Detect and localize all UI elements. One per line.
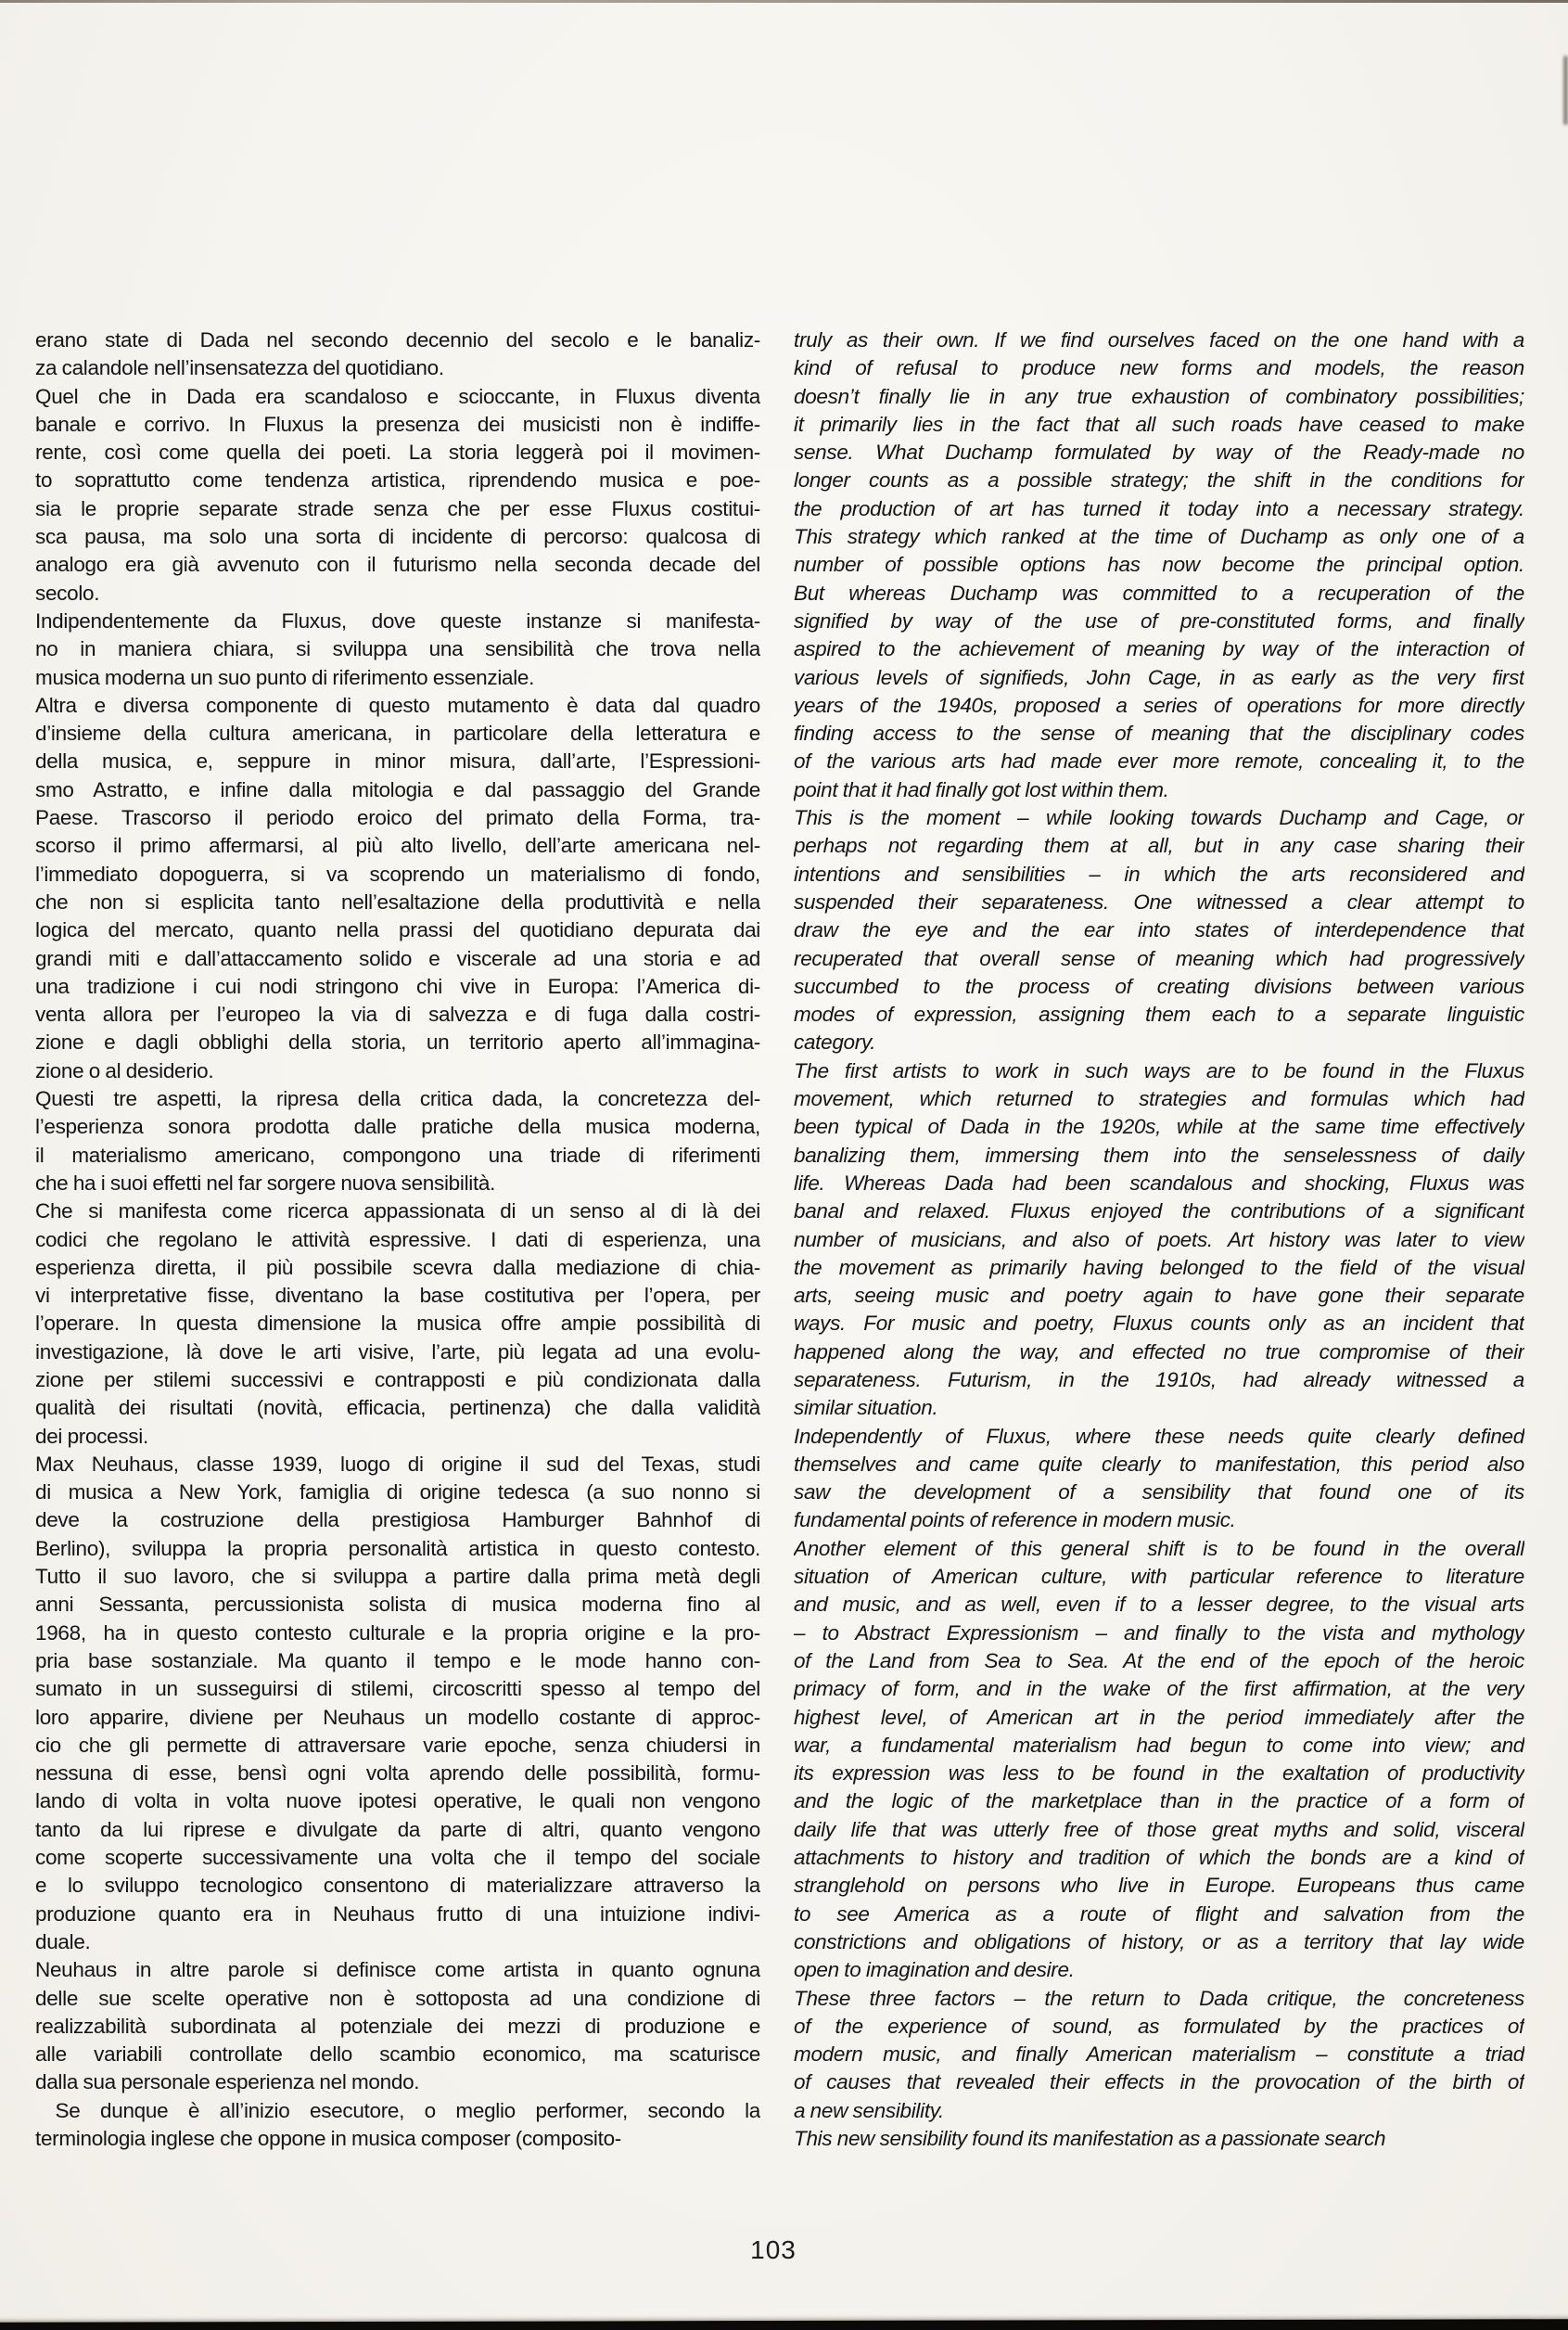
text-line: duale.	[35, 1928, 760, 1956]
text-line: analogo era già avvenuto con il futurism…	[35, 551, 760, 579]
text-line: to see America as a route of flight and …	[794, 1901, 1524, 1928]
text-line: been typical of Dada in the 1920s, while…	[794, 1113, 1524, 1141]
text-line: scorso il primo affermarsi, al più alto …	[35, 832, 760, 860]
text-line: za calandole nell’insensatezza del quoti…	[35, 354, 760, 382]
paragraph: truly as their own. If we find ourselves…	[794, 326, 1524, 804]
text-line: zione o al desiderio.	[35, 1057, 760, 1085]
text-line: e lo sviluppo tecnologico consentono di …	[35, 1872, 760, 1900]
text-line: lando di volta in volta nuove ipotesi op…	[35, 1787, 760, 1815]
paragraph: Independently of Fluxus, where these nee…	[794, 1423, 1524, 1535]
text-line: erano state di Dada nel secondo decennio…	[35, 326, 760, 354]
text-line: qualità dei risultati (novità, efficacia…	[35, 1394, 760, 1422]
paragraph: Indipendentemente da Fluxus, dove queste…	[35, 608, 760, 692]
text-line: But whereas Duchamp was committed to a r…	[794, 580, 1524, 608]
text-line: loro apparire, diviene per Neuhaus un mo…	[35, 1704, 760, 1732]
text-line: logica del mercato, quanto nella prassi …	[35, 916, 760, 944]
text-line: anni Sessanta, percussionista solista di…	[35, 1591, 760, 1619]
text-line: signified by way of the use of pre-const…	[794, 608, 1524, 635]
text-line: category.	[794, 1029, 1524, 1056]
text-line: secolo.	[35, 580, 760, 608]
text-line: una tradizione i cui nodi stringono chi …	[35, 973, 760, 1001]
text-line: nessuna di esse, bensì ogni volta aprend…	[35, 1760, 760, 1787]
text-line: recuperated that overall sense of meanin…	[794, 945, 1524, 973]
text-line: Another element of this general shift is…	[794, 1535, 1524, 1563]
text-line: life. Whereas Dada had been scandalous a…	[794, 1170, 1524, 1197]
text-line: no in maniera chiara, si sviluppa una se…	[35, 635, 760, 663]
paragraph: Another element of this general shift is…	[794, 1535, 1524, 1985]
paragraph: Max Neuhaus, classe 1939, luogo di origi…	[35, 1451, 760, 1956]
text-line: deve la costruzione della prestigiosa Ha…	[35, 1506, 760, 1534]
text-line: cio che gli permette di attraversare var…	[35, 1732, 760, 1760]
text-line: it primarily lies in the fact that all s…	[794, 411, 1524, 439]
text-line: doesn’t finally lie in any true exhausti…	[794, 383, 1524, 411]
text-line: daily life that was utterly free of thos…	[794, 1816, 1524, 1844]
scanned-book-page: erano state di Dada nel secondo decennio…	[0, 0, 1568, 2330]
text-line: l’operare. In questa dimensione la music…	[35, 1310, 760, 1338]
paragraph: Questi tre aspetti, la ripresa della cri…	[35, 1085, 760, 1197]
text-line: themselves and came quite clearly to man…	[794, 1451, 1524, 1479]
scan-top-edge	[0, 0, 1568, 3]
text-line: perhaps not regarding them at all, but i…	[794, 832, 1524, 860]
text-line: Se dunque è all’inizio esecutore, o megl…	[35, 2097, 760, 2125]
text-line: of the experience of sound, as formulate…	[794, 2013, 1524, 2041]
text-line: banale e corrivo. In Fluxus la presenza …	[35, 411, 760, 439]
text-line: ways. For music and poetry, Fluxus count…	[794, 1310, 1524, 1338]
text-line: number of musicians, and also of poets. …	[794, 1226, 1524, 1254]
text-line: The first artists to work in such ways a…	[794, 1057, 1524, 1085]
text-line: various levels of signifieds, John Cage,…	[794, 664, 1524, 692]
text-line: This new sensibility found its manifesta…	[794, 2125, 1524, 2153]
text-line: Neuhaus in altre parole si definisce com…	[35, 1956, 760, 1984]
text-line: dalla sua personale esperienza nel mondo…	[35, 2068, 760, 2096]
text-line: produzione quanto era in Neuhaus frutto …	[35, 1901, 760, 1928]
paragraph: This new sensibility found its manifesta…	[794, 2125, 1524, 2153]
text-line: sense. What Duchamp formulated by way of…	[794, 439, 1524, 467]
text-line: terminologia inglese che oppone in music…	[35, 2125, 760, 2153]
text-line: zione e dagli obblighi della storia, un …	[35, 1029, 760, 1056]
text-line: delle sue scelte operative non è sottopo…	[35, 1985, 760, 2013]
text-line: the production of art has turned it toda…	[794, 495, 1524, 523]
scan-bottom-black-strip	[0, 2319, 1568, 2330]
text-line: number of possible options has now becom…	[794, 551, 1524, 579]
text-line: grandi miti e dall’attaccamento solido e…	[35, 945, 760, 973]
text-line: Che si manifesta come ricerca appassiona…	[35, 1197, 760, 1225]
text-line: the movement as primarily having belonge…	[794, 1254, 1524, 1282]
text-line: similar situation.	[794, 1394, 1524, 1422]
text-line: che ha i suoi effetti nel far sorgere nu…	[35, 1170, 760, 1197]
text-line: alle variabili controllate dello scambio…	[35, 2041, 760, 2068]
paragraph: Quel che in Dada era scandaloso e sciocc…	[35, 383, 760, 608]
text-line: saw the development of a sensibility tha…	[794, 1479, 1524, 1506]
text-line: its expression was less to be found in t…	[794, 1760, 1524, 1787]
paragraph: Se dunque è all’inizio esecutore, o megl…	[35, 2097, 760, 2154]
text-line: sumato in un susseguirsi di stilemi, cir…	[35, 1675, 760, 1703]
text-line: war, a fundamental materialism had begun…	[794, 1732, 1524, 1760]
text-line: come scoperte successivamente una volta …	[35, 1844, 760, 1872]
text-line: banalizing them, immersing them into the…	[794, 1142, 1524, 1170]
text-line: of the various arts had made ever more r…	[794, 748, 1524, 775]
text-line: Quel che in Dada era scandaloso e sciocc…	[35, 383, 760, 411]
text-line: il materialismo americano, compongono un…	[35, 1142, 760, 1170]
text-line: dei processi.	[35, 1423, 760, 1451]
text-line: esperienza diretta, il più possibile sce…	[35, 1254, 760, 1282]
text-line: realizzabilità subordinata al potenziale…	[35, 2013, 760, 2041]
text-line: years of the 1940s, proposed a series of…	[794, 692, 1524, 720]
text-line: investigazione, là dove le arti visive, …	[35, 1338, 760, 1366]
text-line: sia le proprie separate strade senza che…	[35, 495, 760, 523]
text-line: di musica a New York, famiglia di origin…	[35, 1479, 760, 1506]
left-column-italian-text: erano state di Dada nel secondo decennio…	[35, 326, 760, 2153]
text-line: tanto da lui riprese e divulgate da part…	[35, 1816, 760, 1844]
text-line: l’esperienza sonora prodotta dalle prati…	[35, 1113, 760, 1141]
text-line: of causes that revealed their effects in…	[794, 2068, 1524, 2096]
text-line: Altra e diversa componente di questo mut…	[35, 692, 760, 720]
paragraph: Neuhaus in altre parole si definisce com…	[35, 1956, 760, 2096]
text-line: vi interpretative fisse, diventano la ba…	[35, 1282, 760, 1310]
text-line: arts, seeing music and poetry again to h…	[794, 1282, 1524, 1310]
text-line: fundamental points of reference in moder…	[794, 1506, 1524, 1534]
text-line: 1968, ha in questo contesto culturale e …	[35, 1619, 760, 1647]
text-line: attachments to history and tradition of …	[794, 1844, 1524, 1872]
text-line: Questi tre aspetti, la ripresa della cri…	[35, 1085, 760, 1113]
text-line: stranglehold on persons who live in Euro…	[794, 1872, 1524, 1900]
text-line: rente, così come quella dei poeti. La st…	[35, 439, 760, 467]
text-line: modes of expression, assigning them each…	[794, 1001, 1524, 1029]
text-line: and music, and as well, even if to a les…	[794, 1591, 1524, 1619]
text-line: a new sensibility.	[794, 2097, 1524, 2125]
paragraph: Altra e diversa componente di questo mut…	[35, 692, 760, 1085]
scan-right-edge-smudge	[1563, 56, 1568, 125]
text-line: che non si esplicita tanto nell’esaltazi…	[35, 889, 760, 916]
text-line: musica moderna un suo punto di riferimen…	[35, 664, 760, 692]
text-line: This strategy which ranked at the time o…	[794, 523, 1524, 551]
right-column-english-italic-text: truly as their own. If we find ourselves…	[794, 326, 1524, 2153]
text-line: longer counts as a possible strategy; th…	[794, 467, 1524, 494]
text-line: highest level, of American art in the pe…	[794, 1704, 1524, 1732]
text-line: aspired to the achievement of meaning by…	[794, 635, 1524, 663]
paragraph: The first artists to work in such ways a…	[794, 1057, 1524, 1423]
text-line: kind of refusal to produce new forms and…	[794, 354, 1524, 382]
text-line: sca pausa, ma solo una sorta di incident…	[35, 523, 760, 551]
text-line: suspended their separateness. One witnes…	[794, 889, 1524, 916]
text-line: codici che regolano le attività espressi…	[35, 1226, 760, 1254]
text-line: constrictions and obligations of history…	[794, 1928, 1524, 1956]
text-line: pria base sostanziale. Ma quanto il temp…	[35, 1647, 760, 1675]
text-line: to soprattutto come tendenza artistica, …	[35, 467, 760, 494]
text-line: Indipendentemente da Fluxus, dove queste…	[35, 608, 760, 635]
text-line: draw the eye and the ear into states of …	[794, 916, 1524, 944]
text-line: open to imagination and desire.	[794, 1956, 1524, 1984]
paragraph: These three factors – the return to Dada…	[794, 1985, 1524, 2125]
paragraph: This is the moment – while looking towar…	[794, 804, 1524, 1057]
text-line: Paese. Trascorso il periodo eroico del p…	[35, 804, 760, 832]
text-line: of the Land from Sea to Sea. At the end …	[794, 1647, 1524, 1675]
text-line: intentions and sensibilities – in which …	[794, 861, 1524, 889]
text-line: movement, which returned to strategies a…	[794, 1085, 1524, 1113]
text-line: Max Neuhaus, classe 1939, luogo di origi…	[35, 1451, 760, 1479]
text-line: and the logic of the marketplace than in…	[794, 1787, 1524, 1815]
text-line: venta allora per l’europeo la via di sal…	[35, 1001, 760, 1029]
text-line: Tutto il suo lavoro, che si sviluppa a p…	[35, 1563, 760, 1591]
text-line: succumbed to the process of creating div…	[794, 973, 1524, 1001]
text-line: separateness. Futurism, in the 1910s, ha…	[794, 1366, 1524, 1394]
text-line: Berlino), sviluppa la propria personalit…	[35, 1535, 760, 1563]
text-line: This is the moment – while looking towar…	[794, 804, 1524, 832]
text-line: Independently of Fluxus, where these nee…	[794, 1423, 1524, 1451]
text-line: primacy of form, and in the wake of the …	[794, 1675, 1524, 1703]
text-line: d’insieme della cultura americana, in pa…	[35, 720, 760, 748]
text-line: finding access to the sense of meaning t…	[794, 720, 1524, 748]
paragraph: erano state di Dada nel secondo decennio…	[35, 326, 760, 383]
text-line: zione per stilemi successivi e contrappo…	[35, 1366, 760, 1394]
text-line: point that it had finally got lost withi…	[794, 776, 1524, 804]
text-line: truly as their own. If we find ourselves…	[794, 326, 1524, 354]
text-line: These three factors – the return to Dada…	[794, 1985, 1524, 2013]
text-line: banal and relaxed. Fluxus enjoyed the co…	[794, 1197, 1524, 1225]
text-line: situation of American culture, with part…	[794, 1563, 1524, 1591]
text-line: – to Abstract Expressionism – and finall…	[794, 1619, 1524, 1647]
text-line: smo Astratto, e infine dalla mitologia e…	[35, 776, 760, 804]
text-line: della musica, e, seppure in minor misura…	[35, 748, 760, 775]
paragraph: Che si manifesta come ricerca appassiona…	[35, 1197, 760, 1451]
text-line: happened along the way, and effected no …	[794, 1338, 1524, 1366]
text-line: l’immediato dopoguerra, si va scoprendo …	[35, 861, 760, 889]
page-number: 103	[0, 2235, 1547, 2265]
text-line: modern music, and finally American mater…	[794, 2041, 1524, 2068]
